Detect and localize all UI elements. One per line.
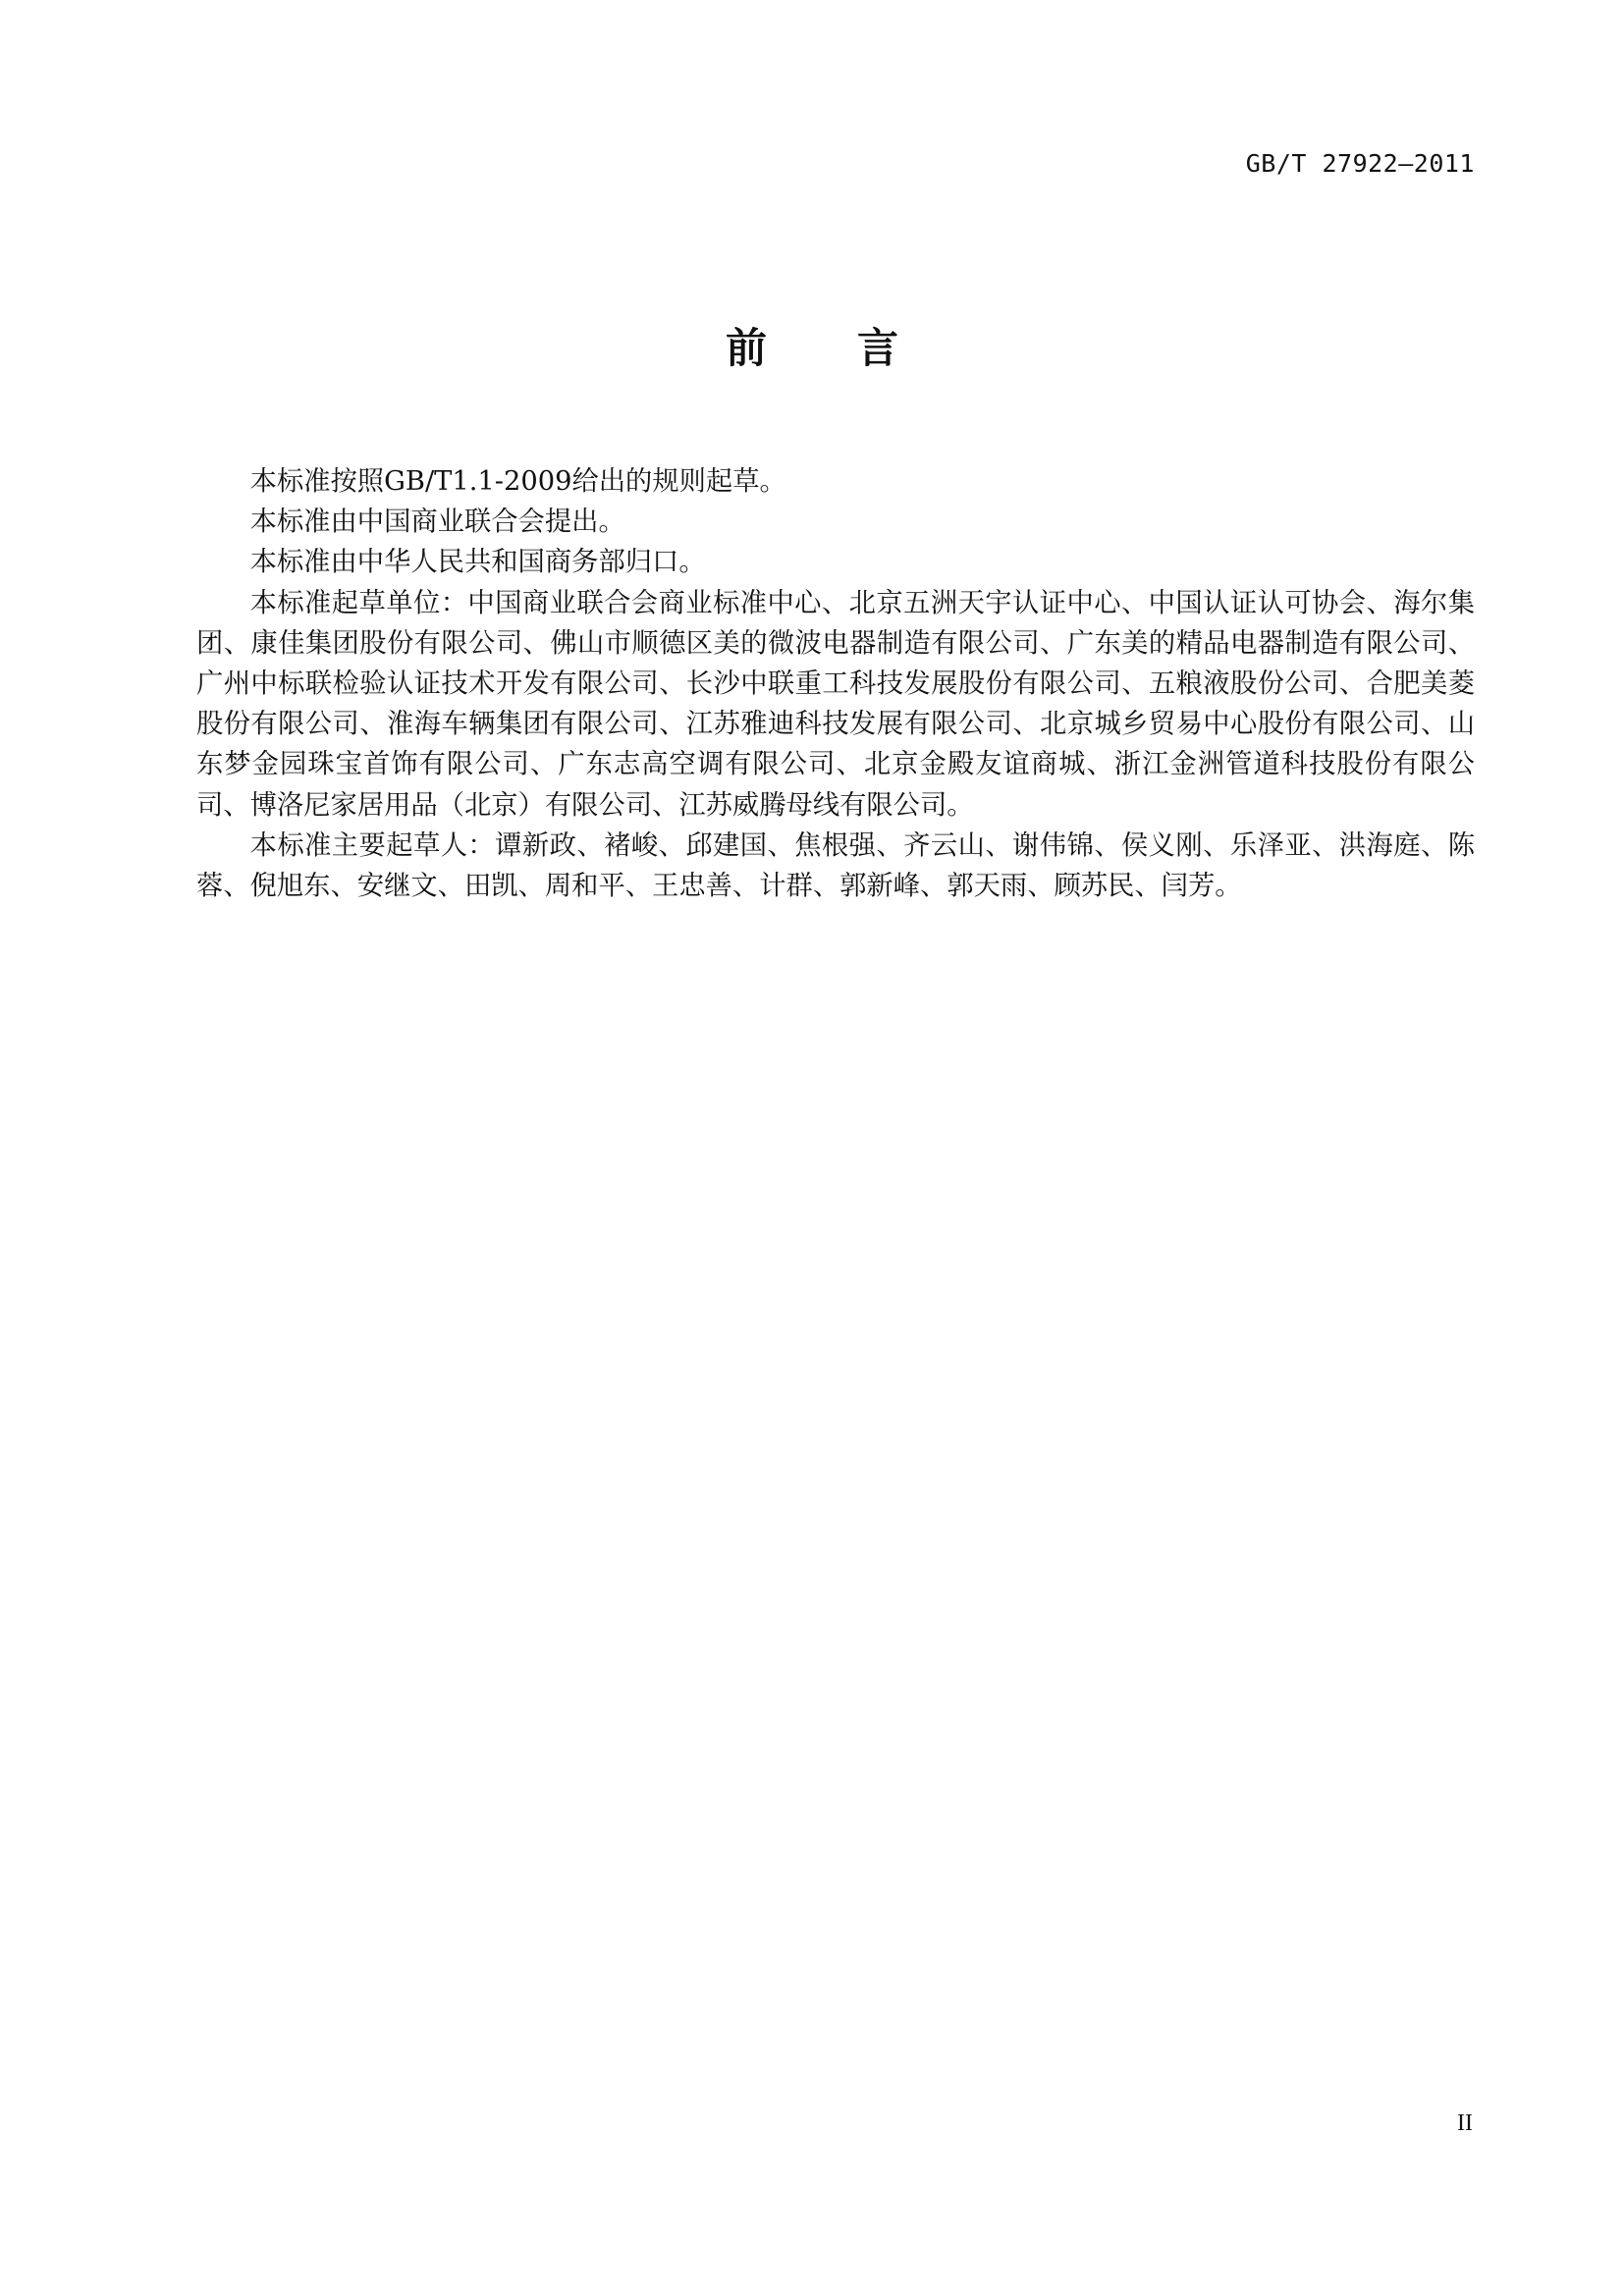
foreword-body: 本标准按照GB/T1.1-2009给出的规则起草。 本标准由中国商业联合会提出。…	[196, 461, 1475, 906]
page-title: 前言	[0, 316, 1624, 375]
page-number: II	[1457, 2110, 1473, 2137]
standard-code: GB/T 27922—2011	[1246, 149, 1475, 178]
paragraph-administrator: 本标准由中华人民共和国商务部归口。	[196, 542, 1475, 582]
paragraph-proposer: 本标准由中国商业联合会提出。	[196, 502, 1475, 542]
title-char-1: 前	[726, 316, 767, 375]
paragraph-drafters: 本标准主要起草人：谭新政、褚峻、邱建国、焦根强、齐云山、谢伟锦、侯义刚、乐泽亚、…	[196, 826, 1475, 906]
paragraph-drafting-rules: 本标准按照GB/T1.1-2009给出的规则起草。	[196, 461, 1475, 502]
paragraph-drafting-units: 本标准起草单位：中国商业联合会商业标准中心、北京五洲天宇认证中心、中国认证认可协…	[196, 583, 1475, 826]
title-char-2: 言	[857, 316, 898, 375]
